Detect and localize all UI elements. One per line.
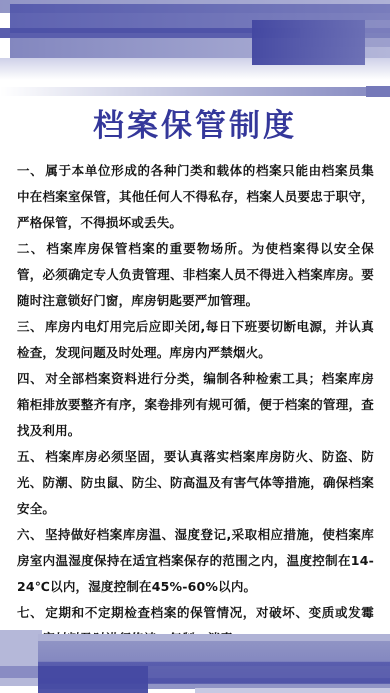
top-banner-thin-rule-end bbox=[366, 86, 390, 97]
rule-paragraph: 六、坚持做好档案库房温、湿度登记,采取相应措施，使档案库房室内温湿度保持在适宜档… bbox=[17, 522, 374, 600]
rule-paragraph: 一、属于本单位形成的各种门类和载体的档案只能由档案员集中在档案室保管，其他任何人… bbox=[17, 158, 374, 236]
rule-number: 六、 bbox=[17, 527, 43, 542]
rule-paragraph: 二、档案库房保管档案的重要物场所。为使档案得以安全保管，必须确定专人负责管理、非… bbox=[17, 236, 374, 314]
rule-number: 四、 bbox=[17, 371, 43, 386]
rule-text: 属于本单位形成的各种门类和载体的档案只能由档案员集中在档案室保管，其他任何人不得… bbox=[17, 163, 374, 230]
bottom-banner-dark-block bbox=[38, 666, 148, 693]
archive-rules-poster: 档案保管制度 一、属于本单位形成的各种门类和载体的档案只能由档案员集中在档案室保… bbox=[0, 0, 390, 693]
rule-number: 三、 bbox=[17, 319, 43, 334]
page-title: 档案保管制度 bbox=[0, 100, 390, 145]
rule-text: 档案库房保管档案的重要物场所。为使档案得以安全保管，必须确定专人负责管理、非档案… bbox=[17, 241, 374, 308]
rule-text: 档案库房必须坚固，要认真落实档案库房防火、防盗、防光、防潮、防虫鼠、防尘、防高温… bbox=[17, 449, 374, 516]
top-banner-right-block bbox=[252, 20, 365, 65]
rule-number: 一、 bbox=[17, 163, 43, 178]
rules-list: 一、属于本单位形成的各种门类和载体的档案只能由档案员集中在档案室保管，其他任何人… bbox=[17, 158, 374, 678]
bottom-banner-light-strip bbox=[195, 688, 390, 693]
rule-text: 坚持做好档案库房温、湿度登记,采取相应措施，使档案库房室内温湿度保持在适宜档案保… bbox=[17, 527, 374, 594]
rule-paragraph: 三、库房内电灯用完后应即关闭,每日下班要切断电源，并认真检查，发现问题及时处理。… bbox=[17, 314, 374, 366]
rule-paragraph: 五、档案库房必须坚固，要认真落实档案库房防火、防盗、防光、防潮、防虫鼠、防尘、防… bbox=[17, 444, 374, 522]
rule-paragraph: 四、对全部档案资料进行分类，编制各种检索工具；档案库房箱柜排放要整齐有序，案卷排… bbox=[17, 366, 374, 444]
top-banner-thin-rule bbox=[0, 87, 390, 96]
rule-number: 五、 bbox=[17, 449, 43, 464]
rule-text: 库房内电灯用完后应即关闭,每日下班要切断电源，并认真检查，发现问题及时处理。库房… bbox=[17, 319, 374, 360]
rule-text: 对全部档案资料进行分类，编制各种检索工具；档案库房箱柜排放要整齐有序，案卷排列有… bbox=[17, 371, 374, 438]
rule-number: 二、 bbox=[17, 241, 44, 256]
rule-number: 七、 bbox=[17, 605, 43, 620]
